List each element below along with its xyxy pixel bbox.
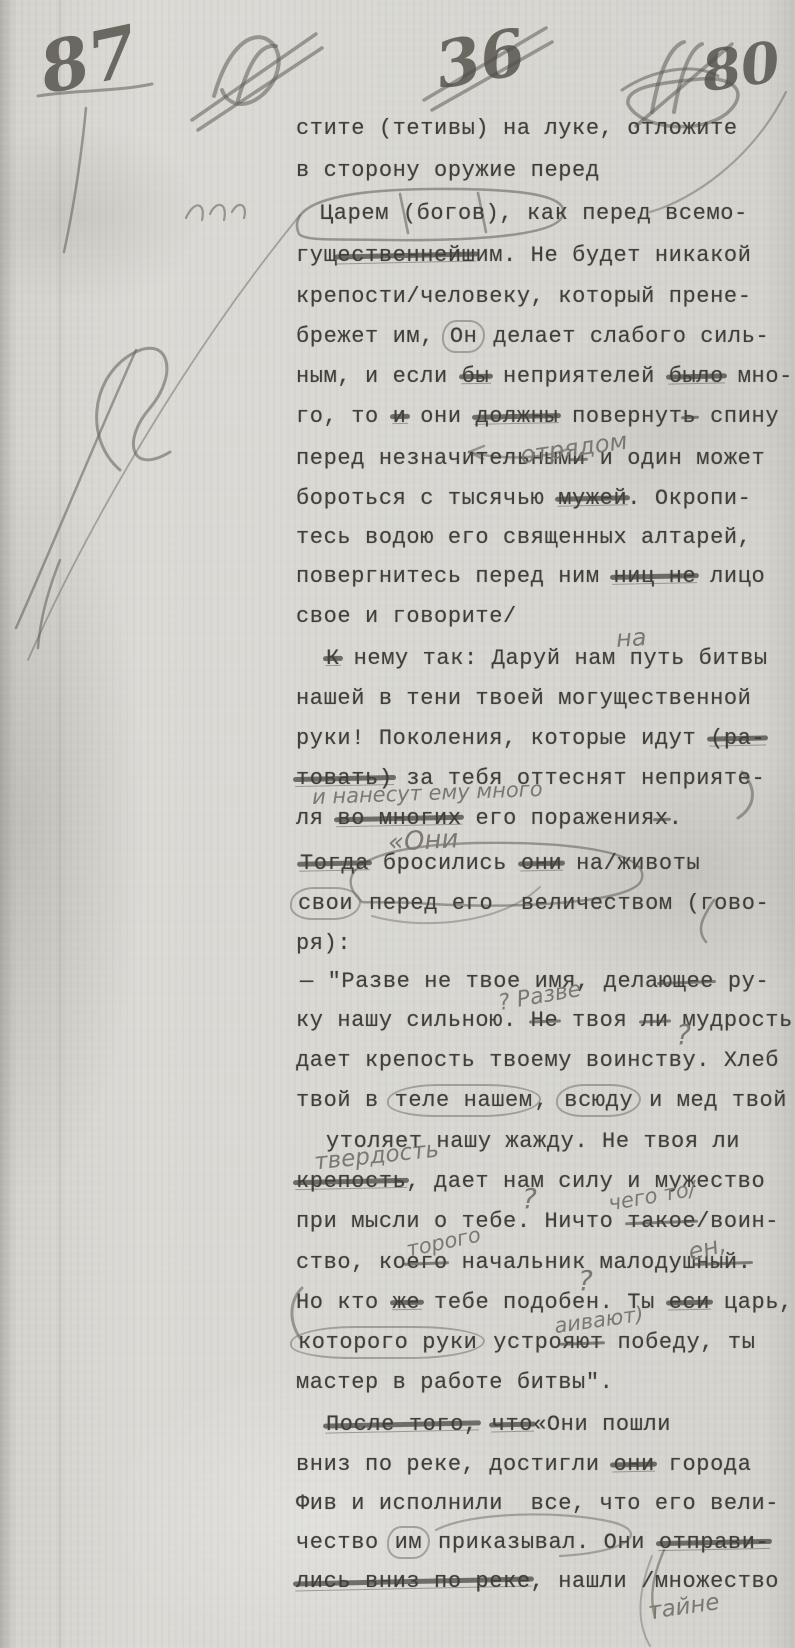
struck-text: и: [393, 404, 407, 429]
typed-text: — "Разве не твое имя, дела: [300, 969, 659, 994]
typed-text: нашей в тени твоей могущественной: [296, 686, 751, 711]
typed-text: ля: [296, 806, 337, 831]
circled-text: всюду: [556, 1084, 641, 1117]
typed-line: гущественнейшим. Не будет никакой: [296, 245, 752, 267]
pencil-inline-mark: !: [351, 726, 365, 751]
struck-text: К: [326, 646, 340, 671]
typed-line: ря):: [296, 933, 351, 955]
handwritten-note: ?: [522, 1182, 537, 1215]
typed-text: твоя: [558, 1008, 641, 1033]
typed-line: повергнитесь перед ним ниц не лицо: [296, 566, 765, 588]
typed-text: ным, и если: [296, 364, 462, 389]
struck-text: такое: [627, 1209, 696, 1234]
struck-text: х: [655, 806, 669, 831]
handwritten-note: тайне: [647, 1589, 722, 1625]
typed-line: при мысли о тебе. Ничто такое/воин-: [296, 1211, 779, 1233]
typed-text: чество: [296, 1530, 393, 1555]
handwritten-note: на: [615, 623, 647, 653]
typed-text: его поражения: [462, 806, 655, 831]
typed-line: Но кто же тебе подобен. Ты еси царь,: [296, 1292, 793, 1314]
struck-text: ь: [683, 404, 697, 429]
typed-text: . Окропи-: [627, 486, 751, 511]
struck-text: было: [669, 364, 724, 389]
pencil-inline-mark: /: [604, 851, 618, 876]
typed-text: твой в: [296, 1088, 393, 1113]
typed-line: крепости/человеку, который прене-: [296, 286, 752, 308]
struck-text: бы: [462, 364, 490, 389]
typed-text: царь,: [710, 1290, 793, 1315]
typed-text: повергнитесь перед ним: [296, 564, 613, 589]
typed-line: После того, что«Они пошли: [326, 1414, 671, 1436]
typed-line: ку нашу сильною. Не твоя ли мудрость: [296, 1010, 793, 1032]
typed-line: стите (тетивы) на луке, отложите: [296, 118, 738, 140]
typed-line: го, то и они должны повернуть спину: [296, 406, 779, 428]
struck-text: же: [393, 1290, 421, 1315]
typed-text: крепости: [296, 284, 406, 309]
typed-text: нему так: Даруй нам путь битвы: [340, 646, 768, 671]
typed-text: на: [562, 851, 603, 876]
typed-line: дает крепость твоему воинству. Хлеб: [296, 1050, 779, 1072]
struck-text: (ра-: [710, 726, 765, 751]
typed-text: брежет им: [296, 324, 420, 349]
typed-line: Тогда бросились они на/животы: [300, 853, 700, 875]
typed-text: руки: [296, 726, 351, 751]
typed-text: спину: [696, 404, 779, 429]
typed-text: животы: [618, 851, 701, 876]
typed-text: :: [337, 931, 351, 956]
typed-text: перед его величество: [355, 891, 659, 916]
typed-text: повернут: [558, 404, 682, 429]
pencil-inline-mark: м: [659, 891, 673, 916]
circled-text: теле нашем: [387, 1084, 541, 1117]
typed-line: которого руки устрояют победу, ты: [296, 1332, 756, 1354]
typed-line: чество им приказывал. Они отправи-: [296, 1532, 769, 1554]
typed-text: лицо: [696, 564, 765, 589]
typed-text: приказывал. Они: [424, 1530, 659, 1555]
pencil-inline-mark: /: [696, 1209, 710, 1234]
pencil-inline-mark: /: [503, 604, 517, 629]
struck-text: еси: [669, 1290, 710, 1315]
typed-text: вниз по реке, достигли: [296, 1452, 613, 1477]
typed-text: который прене-: [544, 284, 751, 309]
typed-text: делает слабого силь-: [479, 324, 769, 349]
struck-text: отправи-: [659, 1530, 769, 1555]
typed-text: они: [406, 404, 475, 429]
typed-text: ство, ко: [296, 1250, 406, 1275]
typed-text: ря: [296, 931, 324, 956]
typed-text: мно-: [724, 364, 793, 389]
typed-text: устро: [479, 1330, 562, 1355]
typed-line: ным, и если бы неприятелей было мно-: [296, 366, 793, 388]
typed-text: города: [655, 1452, 752, 1477]
typed-text: начальник малодуш: [448, 1250, 696, 1275]
typed-line: Фив и исполнили все, что его вели-: [296, 1493, 779, 1515]
typed-text: го, то: [296, 404, 393, 429]
typed-line: К нему так: Даруй нам путь битвы: [326, 648, 768, 670]
struck-text: они: [613, 1452, 654, 1477]
typed-text: мастер в работе битвы".: [296, 1370, 613, 1395]
struck-text: ющее: [659, 969, 714, 994]
handwritten-note: ?: [676, 1018, 691, 1051]
manuscript-page: 873680 стите (тетивы) на луке, отложитев…: [0, 0, 795, 1648]
typed-text: победу, ты: [604, 1330, 756, 1355]
typed-line: мастер в работе битвы".: [296, 1372, 613, 1394]
typed-text: , дает нам силу и мужество: [406, 1169, 765, 1194]
typed-text: стите (тетивы) на луке, отложите: [296, 116, 738, 141]
typed-text: бороться с тысячью: [296, 486, 558, 511]
typed-text: неприятелей: [489, 364, 668, 389]
struck-text: ли: [641, 1008, 669, 1033]
struck-text: После того,: [326, 1412, 478, 1437]
circled-text: которого руки: [290, 1326, 485, 1359]
typed-line: в сторону оружие перед: [296, 160, 600, 182]
struck-text: Тогда: [300, 851, 369, 876]
typed-line: брежет им, Он делает слабого силь-: [296, 326, 769, 348]
typed-text: Царем (богов), как перед всемо-: [320, 201, 748, 226]
typed-text: и мед твой: [635, 1088, 787, 1113]
typed-text: ку нашу сильною.: [296, 1008, 531, 1033]
typed-text: тесь водою его священных алтарей,: [296, 525, 751, 550]
typed-text: .: [669, 806, 683, 831]
typed-text: им. Не будет никакой: [475, 243, 751, 268]
struck-text: они: [521, 851, 562, 876]
typed-text: свое и говорите: [296, 604, 503, 629]
struck-text: ниц не: [613, 564, 696, 589]
typed-line: вниз по реке, достигли они города: [296, 1454, 752, 1476]
struck-text: Не: [531, 1008, 559, 1033]
typed-line: твой в теле нашем, всюду и мед твой ): [296, 1090, 795, 1112]
typed-text: дает крепость твоему воинству. Хлеб: [296, 1048, 779, 1073]
handwritten-note: «Они: [387, 824, 459, 858]
typed-text: человеку: [420, 284, 530, 309]
typed-line: свое и говорите/: [296, 606, 517, 628]
page-number: 87: [32, 9, 145, 110]
typed-line: тесь водою его священных алтарей,: [296, 527, 751, 549]
typed-line: руки! Поколения, которые идут (ра-: [296, 728, 765, 750]
handwritten-note: ?: [578, 1264, 593, 1297]
typed-text: Они пошли: [547, 1412, 671, 1437]
page-number-struck: 36: [430, 15, 531, 104]
typed-text: в сторону оружие перед: [296, 158, 600, 183]
struck-text: лись вниз по реке: [296, 1569, 531, 1594]
struck-text: крепость: [296, 1169, 406, 1194]
typed-text: (гово-: [673, 891, 770, 916]
typed-line: ля во многих его поражениях.: [296, 808, 683, 830]
page-number: 80: [698, 29, 784, 105]
pencil-inline-mark: ,: [420, 324, 434, 349]
typed-line: Царем (богов), как перед всемо-: [320, 203, 748, 225]
typed-text: Фив и исполнили все, что его вели-: [296, 1491, 779, 1516]
typed-line: бороться с тысячью мужей. Окропи-: [296, 488, 752, 510]
pencil-inline-mark: /: [641, 1569, 655, 1594]
pencil-inline-mark: ,: [531, 284, 545, 309]
struck-text: мужей: [558, 486, 627, 511]
typed-text: , нашли: [531, 1569, 641, 1594]
circled-text: свои: [290, 887, 361, 920]
typed-text: гущ: [296, 243, 337, 268]
struck-text: должны: [475, 404, 558, 429]
typed-text: Но кто: [296, 1290, 393, 1315]
struck-text: ественнейш: [337, 243, 475, 268]
typed-line: свои перед его величеством (гово-: [296, 893, 769, 915]
struck-text: что: [492, 1412, 533, 1437]
typed-text: ру-: [714, 969, 769, 994]
pencil-inline-mark: «: [533, 1412, 547, 1437]
typed-line: ство, коего начальник малодушный.: [296, 1252, 752, 1274]
pencil-inline-mark: /: [406, 284, 420, 309]
typed-text: Поколения, которые идут: [365, 726, 710, 751]
pencil-inline-mark: ): [787, 1088, 795, 1113]
pencil-inline-mark: ): [324, 931, 338, 956]
typed-line: нашей в тени твоей могущественной: [296, 688, 751, 710]
